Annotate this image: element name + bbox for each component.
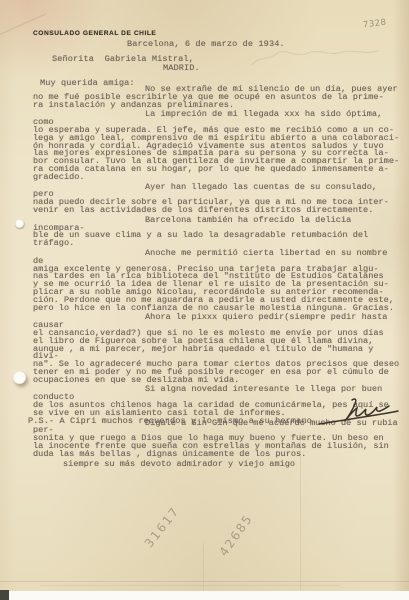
dateline: Barcelona, 6 de marzo de 1934. (127, 39, 285, 49)
scanned-letter-page: CONSULADO GENERAL DE CHILE 7328 Barcelon… (0, 0, 409, 600)
letter-paragraph: Barcelona también ha ofrecido la delicia… (33, 217, 400, 248)
punch-hole (15, 219, 24, 228)
letterhead-consulado-general-de-chile: CONSULADO GENERAL DE CHILE (33, 30, 156, 37)
letter-paragraph: Ayer han llegado las cuentas de su consu… (33, 184, 400, 215)
letter-paragraph: Ahora le pixxx quiero pedir(siempre pedi… (33, 314, 400, 384)
archive-number-bottom-right: 42685 (217, 511, 256, 559)
paper-crease (203, 543, 204, 591)
letter-paragraph: No se extrañe de mi silencio de un día, … (33, 86, 400, 109)
letter-paragraph: La impreción de mi llegada xxx ha sido ó… (33, 111, 400, 181)
scanner-dark-corner (0, 590, 9, 600)
closing-line: siempre su más devoto admirador y viejo … (63, 461, 400, 469)
paper-crease (0, 581, 409, 582)
punch-hole (13, 371, 26, 384)
archive-number-bottom-left: 31617 (142, 504, 183, 551)
archive-number-top-right: 7328 (362, 18, 387, 31)
signature-juan (316, 396, 402, 434)
scanner-background-strip (0, 591, 409, 600)
letter-paragraph: Anoche me permitió cierta libertad en su… (33, 250, 400, 312)
paper-crease (40, 585, 340, 586)
faint-pencil-scribble (246, 45, 386, 73)
recipient-city: MADRID. (163, 63, 200, 73)
postscript-line: P.S.- A Cipri muchos recuerdos y lo mism… (28, 416, 317, 426)
